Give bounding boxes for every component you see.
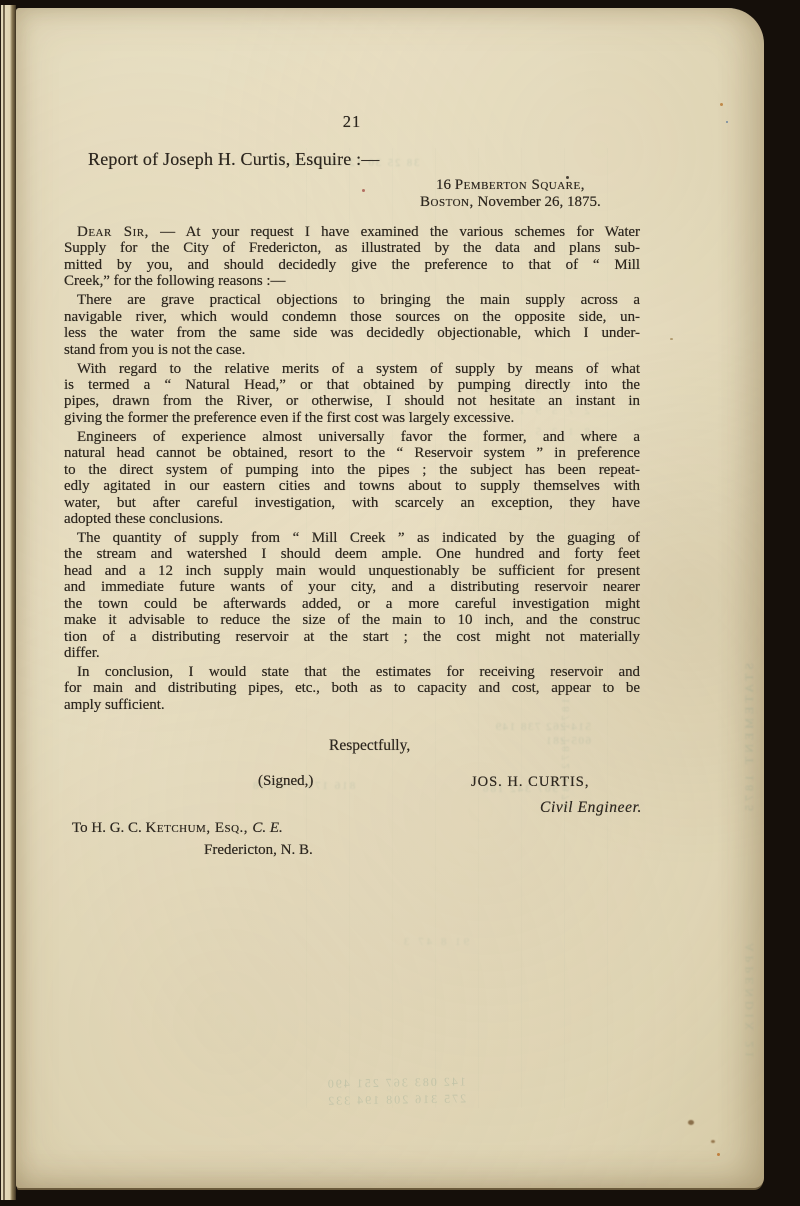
body-line: stand from you is not the case.	[64, 342, 640, 358]
address-line-1: 16 Pemberton Square,	[436, 177, 585, 194]
page-stack-edge	[0, 5, 16, 1200]
address-date: November 26, 1875.	[474, 194, 601, 210]
body-line: adopted these conclusions.	[64, 511, 640, 527]
body-line: head and a 12 inch supply main would unq…	[64, 563, 640, 579]
bleedthrough-fragment: 142 083 367 251 490 275 316 208 194 332	[166, 1073, 467, 1112]
signature-title: Civil Engineer.	[540, 799, 642, 817]
bleedthrough-fragment: 514 262 738 149 605 281	[481, 720, 591, 748]
document-page: 38 25 30 12 26 31 24 29 3 7 1 9 4 2 8 5 …	[16, 8, 764, 1188]
bleedthrough-fragment: 91 8 47 3	[401, 936, 469, 948]
addressee-credential: C. E.	[252, 820, 282, 836]
body-line: the stream and watershed I should deem a…	[64, 546, 640, 562]
addressee-prefix: To H. G. C.	[72, 820, 146, 836]
body-line: to the direct system of pumping into the…	[64, 462, 640, 478]
address-line-2: Boston, November 26, 1875.	[420, 194, 601, 211]
salutation: Dear Sir,	[77, 224, 149, 240]
letter-body: Dear Sir, — At your request I have exami…	[64, 224, 640, 713]
body-line: navigable river, which would condemn tho…	[64, 309, 640, 325]
body-line: natural head cannot be obtained, resort …	[64, 445, 640, 461]
addressee-place: Fredericton, N. B.	[204, 842, 313, 859]
page-number: 21	[64, 112, 640, 132]
body-line: tion of a distributing reservoir at the …	[64, 629, 640, 645]
foxing-speck	[711, 1140, 715, 1143]
bleedthrough-fragment: STATEMENT 1875	[742, 663, 757, 913]
body-line: amply sufficient.	[64, 697, 640, 713]
body-line: water, but after careful investigation, …	[64, 495, 640, 511]
address-city: Boston,	[420, 194, 474, 210]
body-line: differ.	[64, 645, 640, 661]
screenshot-root: { "window": { "background": "#150f0a" },…	[0, 0, 800, 1206]
body-line: make it advisable to reduce the size of …	[64, 612, 640, 628]
foxing-speck	[362, 189, 365, 192]
body-line: giving the former the preference even if…	[64, 410, 640, 426]
paragraph: With regard to the relative merits of a …	[64, 361, 640, 427]
body-line: With regard to the relative merits of a …	[64, 361, 640, 377]
signed-label: (Signed,)	[258, 773, 313, 790]
signature-name: JOS. H. CURTIS,	[471, 774, 589, 791]
body-line: edly agitated in our eastern cities and …	[64, 478, 640, 494]
addressee-line: To H. G. C. Ketchum, Esq., C. E.	[72, 820, 283, 837]
paragraph: In conclusion, I would state that the es…	[64, 664, 640, 713]
body-line: The quantity of supply from “ Mill Creek…	[64, 530, 640, 546]
bleedthrough-fragment: APPENDIX 21	[742, 943, 757, 1173]
addressee-esq: Esq.,	[215, 820, 252, 836]
closing-respectfully: Respectfully,	[329, 737, 410, 755]
body-line: Creek,” for the following reasons :—	[64, 273, 640, 289]
body-line: In conclusion, I would state that the es…	[64, 664, 640, 680]
report-heading: Report of Joseph H. Curtis, Esquire :—	[88, 149, 380, 170]
addressee-name: Ketchum,	[146, 820, 215, 836]
body-line: Supply for the City of Fredericton, as i…	[64, 240, 640, 256]
foxing-speck	[688, 1120, 694, 1125]
body-line: the town could be afterwards added, or a…	[64, 596, 640, 612]
foxing-speck	[670, 338, 673, 340]
body-line-text: — At your request I have examined the va…	[149, 224, 640, 240]
bleedthrough-fragment: 1871 1872 1873	[560, 698, 572, 893]
foxing-speck	[720, 103, 723, 106]
foxing-speck	[726, 121, 728, 123]
body-line: There are grave practical objections to …	[64, 292, 640, 308]
foxing-speck	[717, 1153, 720, 1156]
body-line: pipes, drawn from the River, or otherwis…	[64, 393, 640, 409]
body-line: for main and distributing pipes, etc., b…	[64, 680, 640, 696]
address-street: Pemberton Square,	[455, 177, 585, 193]
address-number: 16	[436, 177, 455, 193]
body-line: less the water from the same side was de…	[64, 325, 640, 341]
paragraph: There are grave practical objections to …	[64, 292, 640, 358]
paragraph: Engineers of experience almost universal…	[64, 429, 640, 528]
body-line: and immediate future wants of your city,…	[64, 579, 640, 595]
body-line: mitted by you, and should decidedly give…	[64, 257, 640, 273]
paragraph: Dear Sir, — At your request I have exami…	[64, 224, 640, 290]
body-line: is termed a “ Natural Head,” or that obt…	[64, 377, 640, 393]
body-line: Engineers of experience almost universal…	[64, 429, 640, 445]
body-line: Dear Sir, — At your request I have exami…	[64, 224, 640, 240]
paragraph: The quantity of supply from “ Mill Creek…	[64, 530, 640, 662]
